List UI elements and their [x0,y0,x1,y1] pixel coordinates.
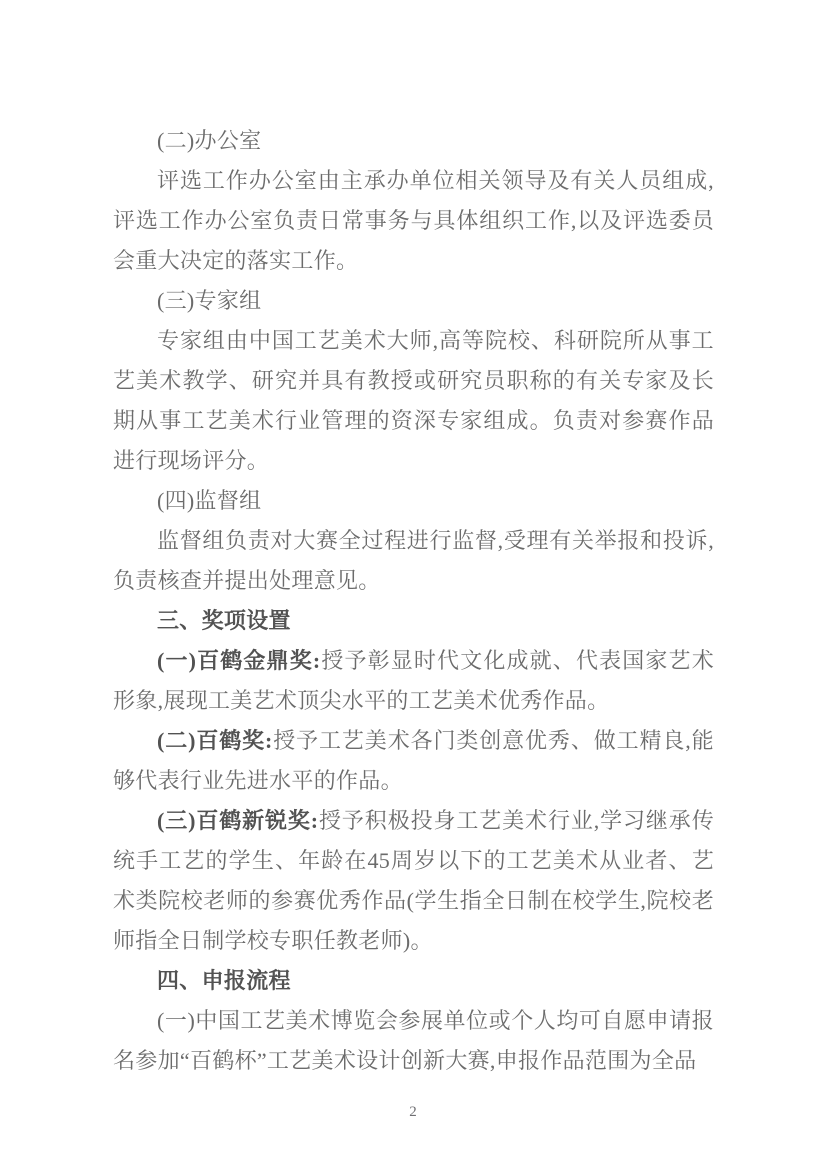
award-name-label: (一)百鹤金鼎奖: [157,648,320,673]
paragraph: 专家组由中国工艺美术大师,高等院校、科研院所从事工艺美术教学、研究并具有教授或研… [113,321,714,481]
paragraph: (二)百鹤奖:授予工艺美术各门类创意优秀、做工精良,能够代表行业先进水平的作品。 [113,721,714,801]
document-page: (二)办公室评选工作办公室由主承办单位相关领导及有关人员组成,评选工作办公室负责… [0,0,826,1168]
section-heading: 三、奖项设置 [113,601,714,641]
paragraph: (三)百鹤新锐奖:授予积极投身工艺美术行业,学习继承传统手工艺的学生、年龄在45… [113,801,714,961]
paragraph: (二)办公室 [113,121,714,161]
paragraph: (一)百鹤金鼎奖:授予彰显时代文化成就、代表国家艺术形象,展现工美艺术顶尖水平的… [113,641,714,721]
paragraph: 监督组负责对大赛全过程进行监督,受理有关举报和投诉,负责核查并提出处理意见。 [113,521,714,601]
document-body: (二)办公室评选工作办公室由主承办单位相关领导及有关人员组成,评选工作办公室负责… [113,121,714,1081]
award-name-label: (二)百鹤奖: [157,728,273,753]
paragraph: 评选工作办公室由主承办单位相关领导及有关人员组成,评选工作办公室负责日常事务与具… [113,161,714,281]
paragraph: (三)专家组 [113,281,714,321]
section-heading: 四、申报流程 [113,961,714,1001]
paragraph: (一)中国工艺美术博览会参展单位或个人均可自愿申请报名参加“百鹤杯”工艺美术设计… [113,1001,714,1081]
award-name-label: (三)百鹤新锐奖: [157,808,318,833]
paragraph: (四)监督组 [113,481,714,521]
page-number: 2 [0,1101,826,1123]
